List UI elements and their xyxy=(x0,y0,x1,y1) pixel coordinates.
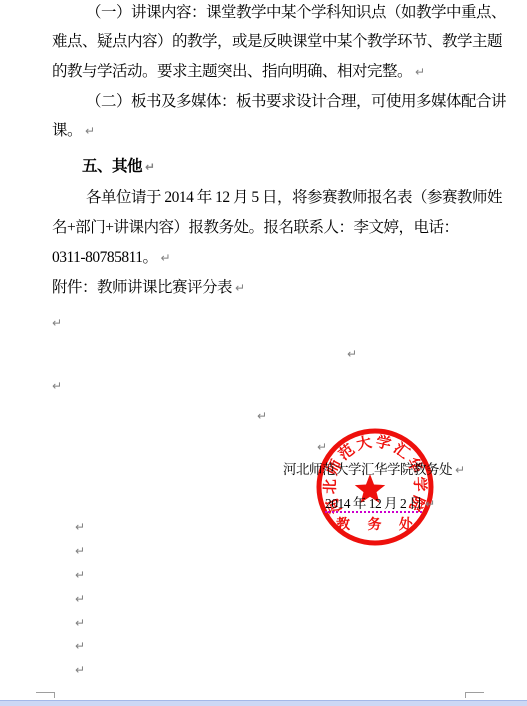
paragraph-mark-icon: ↵ xyxy=(75,616,85,630)
paragraph-mark-icon: ↵ xyxy=(75,520,85,534)
line-text: 课。 xyxy=(52,122,82,139)
line-text: （二）板书及多媒体：板书要求设计合理，可使用多媒体配合讲 xyxy=(86,93,506,110)
paragraph-mark-icon: ↵ xyxy=(145,160,155,174)
paragraph-mark-icon: ↵ xyxy=(415,65,425,79)
paragraph-mark-icon: ↵ xyxy=(317,440,327,454)
text-line[interactable]: 名+部门+讲课内容）报教务处。报名联系人：李文婷，电话： xyxy=(52,219,459,237)
line-text: （一）讲课内容：课堂教学中某个学科知识点（如教学中重点、 xyxy=(86,4,506,21)
line-text: 的教与学活动。要求主题突出、指向明确、相对完整。 xyxy=(52,63,412,80)
text-line[interactable]: 附件：教师讲课比赛评分表↵ xyxy=(52,279,245,297)
paragraph-mark-icon: ↵ xyxy=(75,568,85,582)
text-line[interactable]: 各单位请于 2014 年 12 月 5 日，将参赛教师报名表（参赛教师姓 xyxy=(86,189,502,207)
paragraph-mark-icon: ↵ xyxy=(455,463,465,477)
line-text: 难点、疑点内容）的教学，或是反映课堂中某个教学环节、教学主题 xyxy=(52,33,502,50)
line-text: 附件：教师讲课比赛评分表 xyxy=(52,279,232,296)
paragraph-mark-icon: ↵ xyxy=(52,379,62,393)
paragraph-mark-icon: ↵ xyxy=(75,663,85,677)
text-line[interactable]: 的教与学活动。要求主题突出、指向明确、相对完整。↵ xyxy=(52,63,425,81)
text-line[interactable]: （一）讲课内容：课堂教学中某个学科知识点（如教学中重点、 xyxy=(86,4,506,22)
paragraph-mark-icon: ↵ xyxy=(347,347,357,361)
line-text: 名+部门+讲课内容）报教务处。报名联系人：李文婷，电话： xyxy=(52,219,459,236)
paragraph-mark-icon: ↵ xyxy=(52,316,62,330)
line-text: 五、其他 xyxy=(82,158,142,175)
paragraph-mark-icon: ↵ xyxy=(425,497,435,511)
paragraph-mark-icon: ↵ xyxy=(75,592,85,606)
text-line[interactable]: 0311-80785811。↵ xyxy=(52,249,171,267)
text-line[interactable]: 课。↵ xyxy=(52,122,95,140)
paragraph-mark-icon: ↵ xyxy=(75,544,85,558)
text-layer: （一）讲课内容：课堂教学中某个学科知识点（如教学中重点、难点、疑点内容）的教学，… xyxy=(0,0,527,706)
paragraph-mark-icon: ↵ xyxy=(85,124,95,138)
line-text: 2014 年 12 月 2 日 xyxy=(325,496,422,513)
line-text: 河北师范大学汇华学院教务处 xyxy=(283,462,452,477)
text-line[interactable]: 难点、疑点内容）的教学，或是反映课堂中某个教学环节、教学主题 xyxy=(52,33,502,51)
paragraph-mark-icon: ↵ xyxy=(75,639,85,653)
text-line[interactable]: 河北师范大学汇华学院教务处↵ xyxy=(283,462,465,478)
line-text: 各单位请于 2014 年 12 月 5 日，将参赛教师报名表（参赛教师姓 xyxy=(86,189,502,206)
paragraph-mark-icon: ↵ xyxy=(161,251,171,265)
horizontal-scrollbar[interactable] xyxy=(0,700,527,706)
paragraph-mark-icon: ↵ xyxy=(257,409,267,423)
text-line[interactable]: （二）板书及多媒体：板书要求设计合理，可使用多媒体配合讲 xyxy=(86,93,506,111)
line-text: 0311-80785811。 xyxy=(52,249,158,266)
paragraph-mark-icon: ↵ xyxy=(235,281,245,295)
text-line[interactable]: 2014 年 12 月 2 日↵ xyxy=(325,496,435,512)
document-page[interactable]: 河北师范大学汇华学院 教 务 处 （一）讲课内容：课堂教学中某个学科知识点（如教… xyxy=(0,0,527,706)
text-line[interactable]: 五、其他↵ xyxy=(82,158,155,176)
